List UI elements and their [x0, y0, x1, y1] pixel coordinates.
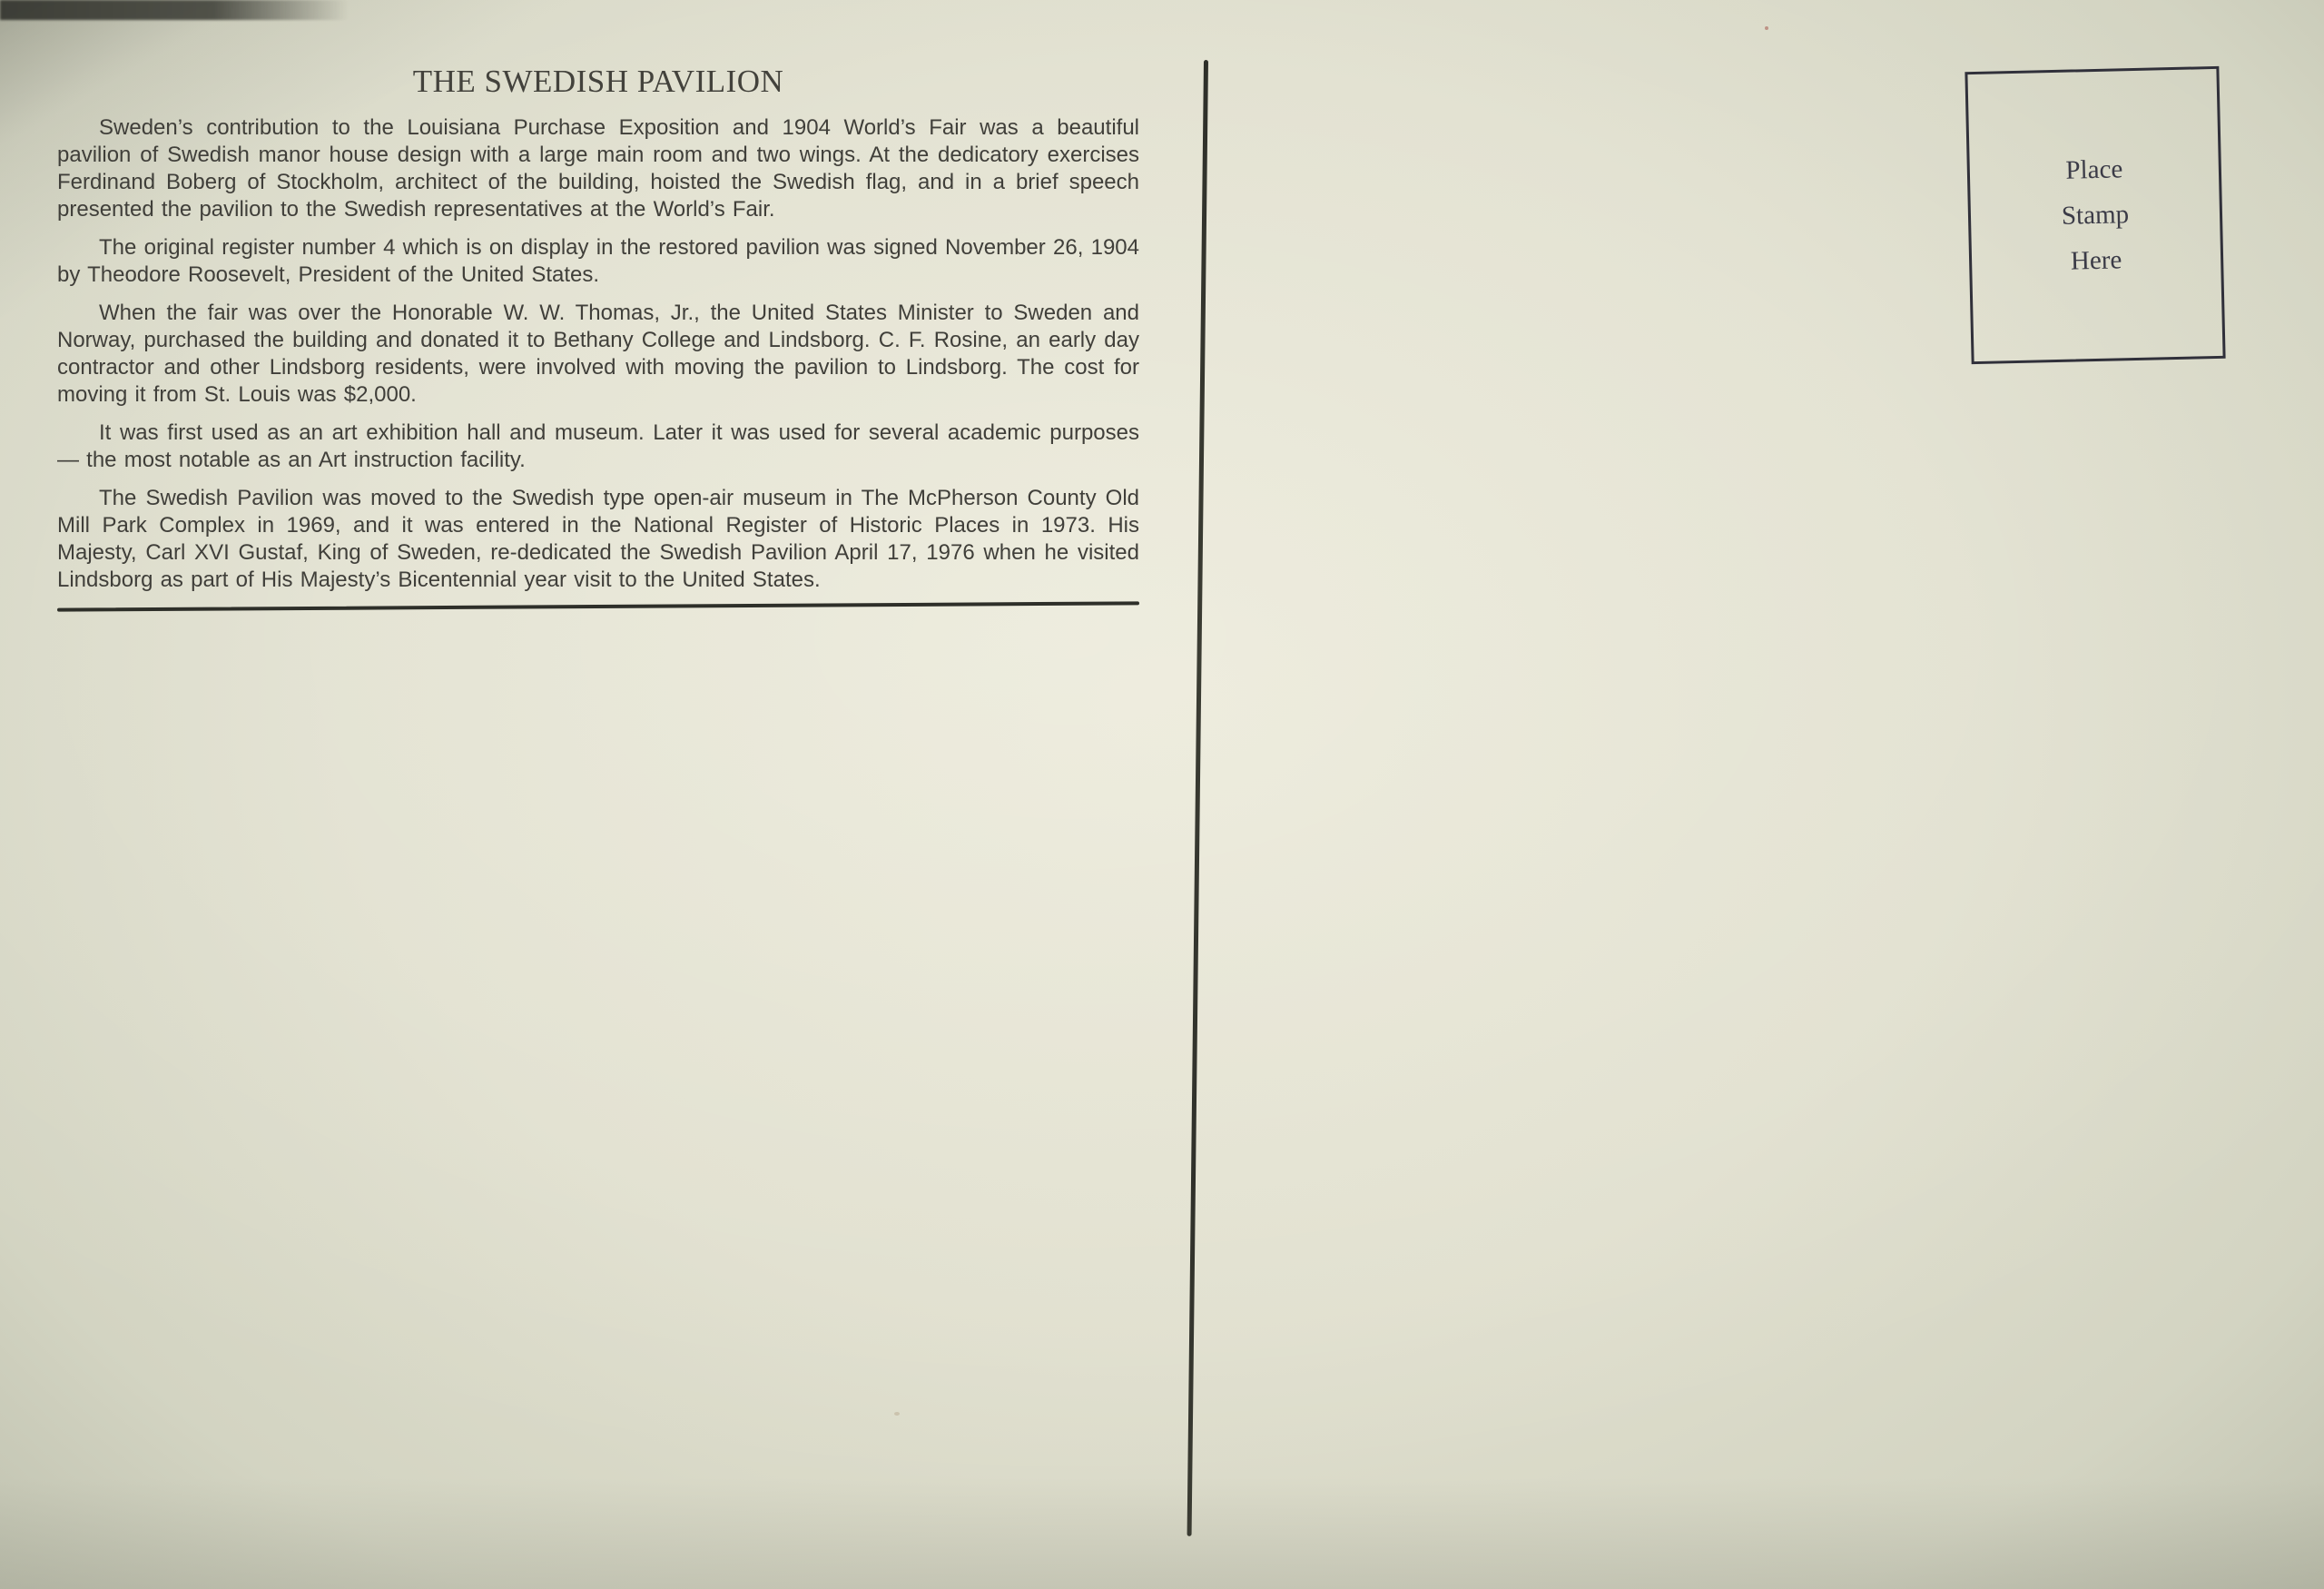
stamp-box: Place Stamp Here — [1965, 66, 2225, 364]
scan-edge-artifact — [0, 0, 356, 20]
text-underline-rule — [57, 601, 1139, 611]
stamp-instruction-line: Here — [2070, 237, 2122, 283]
paragraph-5: The Swedish Pavilion was moved to the Sw… — [57, 485, 1139, 594]
stamp-instruction-line: Place — [2065, 146, 2123, 192]
dust-speck — [894, 1412, 900, 1416]
postcard-back: THE SWEDISH PAVILION Sweden’s contributi… — [0, 0, 2324, 1589]
address-divider-line — [1187, 60, 1208, 1536]
dust-speck — [1765, 26, 1768, 30]
description-block: THE SWEDISH PAVILION Sweden’s contributi… — [57, 62, 1139, 608]
postcard-title: THE SWEDISH PAVILION — [57, 62, 1139, 102]
paragraph-2: The original register number 4 which is … — [57, 234, 1139, 289]
paragraph-4: It was first used as an art exhibition h… — [57, 419, 1139, 474]
stamp-instruction-line: Stamp — [2061, 192, 2129, 239]
paragraph-1: Sweden’s contribution to the Louisiana P… — [57, 114, 1139, 223]
paragraph-3: When the fair was over the Honorable W. … — [57, 300, 1139, 409]
